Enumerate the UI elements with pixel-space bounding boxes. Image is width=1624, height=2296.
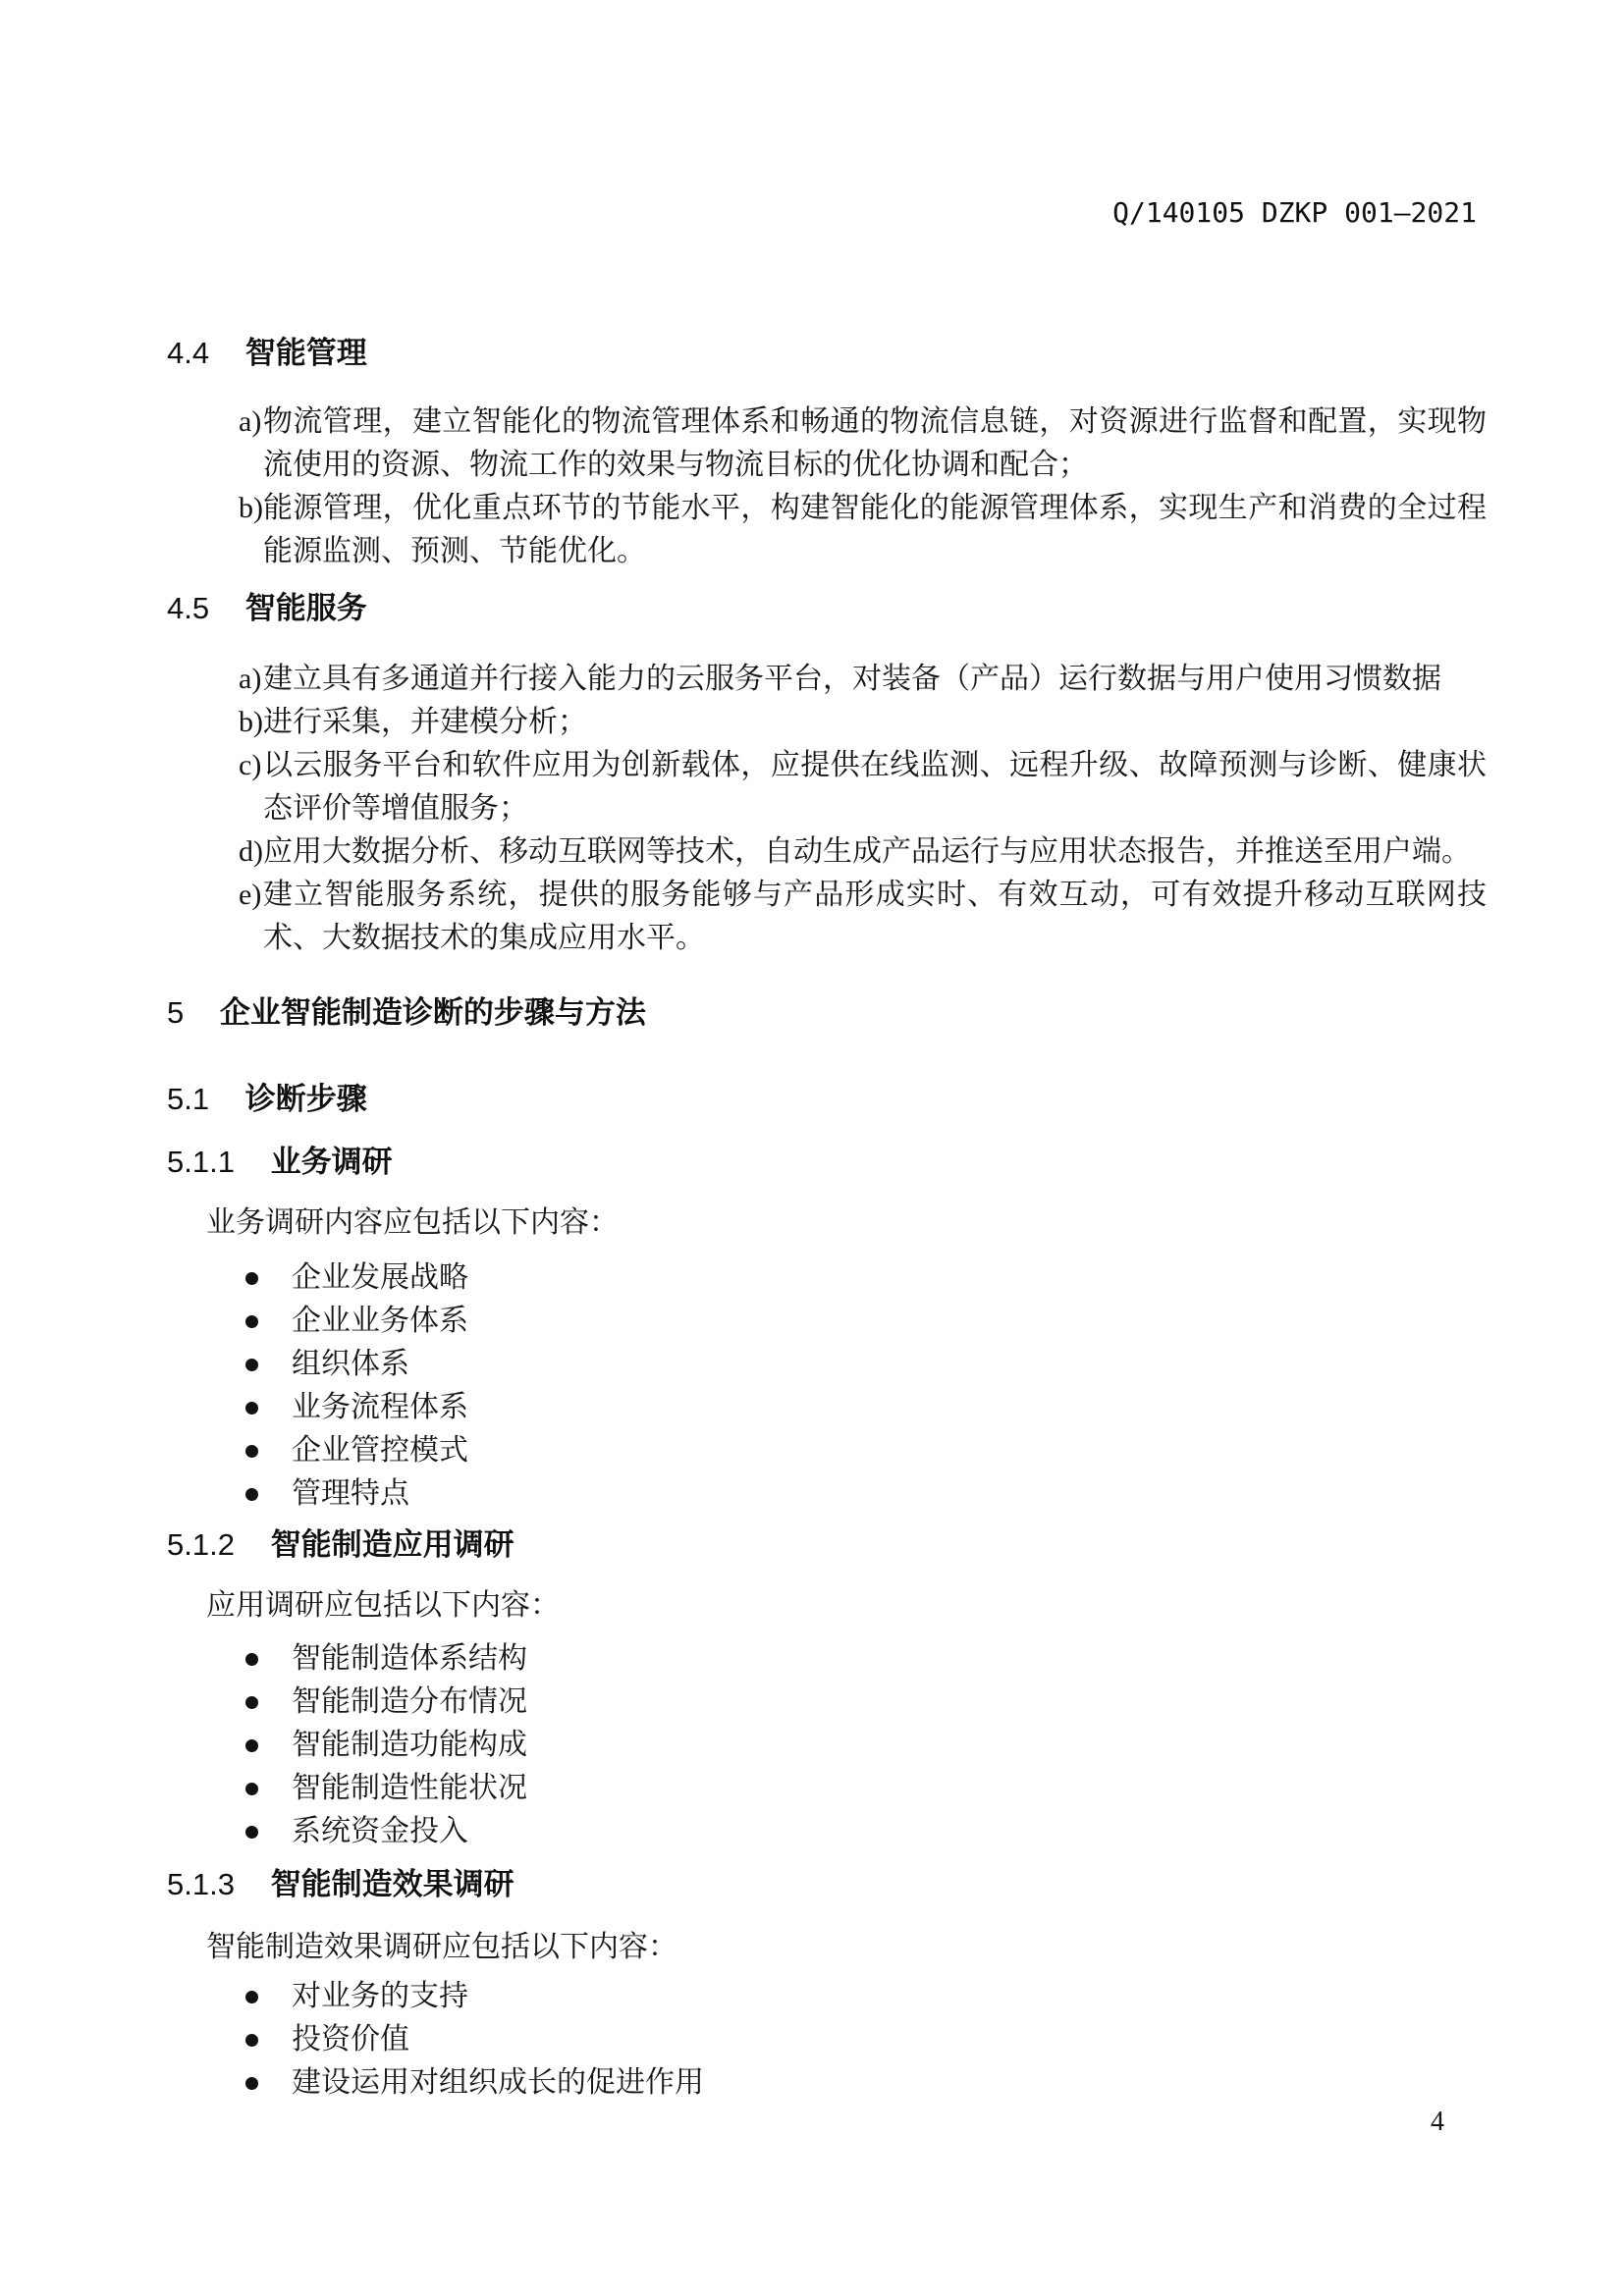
- bullet-text: 管理特点: [292, 1477, 409, 1510]
- intro-paragraph: 智能制造效果调研应包括以下内容：: [167, 1926, 1487, 1969]
- item-text: 建立智能服务系统，提供的服务能够与产品形成实时、有效互动，可有效提升移动互联网技…: [263, 879, 1487, 954]
- bullet-dot-icon: [245, 1359, 258, 1371]
- heading-5: 5 企业智能制造诊断的步骤与方法: [167, 991, 1487, 1035]
- bullet-dot-icon: [245, 1739, 258, 1752]
- item-marker: b): [239, 701, 263, 744]
- item-text: 能源管理，优化重点环节的节能水平，构建智能化的能源管理体系，实现生产和消费的全过…: [263, 492, 1487, 567]
- clause-number: 5.1.1: [167, 1145, 235, 1179]
- bullet-item: 建设运用对组织成长的促进作用: [167, 2061, 1487, 2105]
- bullet-dot-icon: [245, 1272, 258, 1285]
- intro-paragraph: 应用调研应包括以下内容：: [167, 1584, 1487, 1628]
- bullet-dot-icon: [245, 1445, 258, 1458]
- bullet-dot-icon: [245, 1826, 258, 1839]
- bullet-item: 智能制造体系结构: [167, 1637, 1487, 1681]
- bullet-item: 智能制造分布情况: [167, 1681, 1487, 1724]
- list-item: b) 进行采集，并建模分析；: [167, 701, 1487, 744]
- clause-title: 业务调研: [271, 1145, 393, 1179]
- item-text: 以云服务平台和软件应用为创新载体，应提供在线监测、远程升级、故障预测与诊断、健康…: [263, 749, 1487, 825]
- bullet-item: 系统资金投入: [167, 1810, 1487, 1853]
- list-item: d) 应用大数据分析、移动互联网等技术，自动生成产品运行与应用状态报告，并推送至…: [167, 830, 1487, 874]
- bullet-item: 企业管控模式: [167, 1429, 1487, 1472]
- heading-5-1-1: 5.1.1 业务调研: [167, 1141, 1487, 1184]
- clause-number: 5: [167, 995, 184, 1030]
- intro-paragraph: 业务调研内容应包括以下内容：: [167, 1201, 1487, 1245]
- item-text: 应用大数据分析、移动互联网等技术，自动生成产品运行与应用状态报告，并推送至用户端…: [263, 835, 1471, 868]
- bullet-text: 建设运用对组织成长的促进作用: [292, 2066, 704, 2099]
- bullet-text: 组织体系: [292, 1348, 409, 1380]
- bullet-dot-icon: [245, 1402, 258, 1415]
- document-page: Q/140105 DZKP 001—2021 4.4 智能管理 a) 物流管理，…: [0, 0, 1624, 2296]
- item-marker: c): [239, 744, 261, 787]
- bullet-list-5-1-2: 智能制造体系结构 智能制造分布情况 智能制造功能构成 智能制造性能状况 系统资金…: [167, 1637, 1487, 1853]
- bullet-text: 业务流程体系: [292, 1391, 468, 1423]
- bullet-item: 组织体系: [167, 1343, 1487, 1386]
- clause-title: 智能管理: [245, 336, 367, 370]
- clause-title: 企业智能制造诊断的步骤与方法: [220, 995, 646, 1030]
- bullet-text: 智能制造体系结构: [292, 1642, 527, 1675]
- list-item: e) 建立智能服务系统，提供的服务能够与产品形成实时、有效互动，可有效提升移动互…: [167, 874, 1487, 960]
- clause-title: 智能制造效果调研: [271, 1867, 514, 1901]
- item-marker: a): [239, 658, 261, 701]
- bullet-text: 对业务的支持: [292, 1980, 468, 2012]
- bullet-text: 系统资金投入: [292, 1815, 468, 1847]
- bullet-list-5-1-1: 企业发展战略 企业业务体系 组织体系 业务流程体系 企业管控模式 管理特点: [167, 1256, 1487, 1516]
- bullet-dot-icon: [245, 1315, 258, 1328]
- clause-4-4-list: a) 物流管理，建立智能化的物流管理体系和畅通的物流信息链，对资源进行监督和配置…: [167, 400, 1487, 573]
- bullet-dot-icon: [245, 1696, 258, 1709]
- heading-4-4: 4.4 智能管理: [167, 332, 1487, 375]
- bullet-item: 智能制造性能状况: [167, 1767, 1487, 1810]
- page-number: 4: [1431, 2107, 1444, 2138]
- bullet-dot-icon: [245, 2077, 258, 2090]
- clause-number: 5.1.2: [167, 1527, 235, 1562]
- clause-title: 智能制造应用调研: [271, 1527, 514, 1562]
- bullet-item: 管理特点: [167, 1472, 1487, 1516]
- bullet-item: 企业发展战略: [167, 1256, 1487, 1300]
- bullet-text: 企业业务体系: [292, 1305, 468, 1337]
- bullet-dot-icon: [245, 1991, 258, 2003]
- bullet-text: 智能制造功能构成: [292, 1729, 527, 1761]
- item-text: 建立具有多通道并行接入能力的云服务平台，对装备（产品）运行数据与用户使用习惯数据: [263, 663, 1441, 695]
- bullet-item: 企业业务体系: [167, 1300, 1487, 1343]
- bullet-text: 企业管控模式: [292, 1434, 468, 1467]
- bullet-item: 智能制造功能构成: [167, 1724, 1487, 1767]
- heading-4-5: 4.5 智能服务: [167, 587, 1487, 630]
- bullet-dot-icon: [245, 1783, 258, 1795]
- item-marker: d): [239, 830, 263, 874]
- heading-5-1: 5.1 诊断步骤: [167, 1078, 1487, 1121]
- bullet-text: 智能制造性能状况: [292, 1772, 527, 1804]
- bullet-item: 投资价值: [167, 2018, 1487, 2061]
- clause-title: 诊断步骤: [245, 1082, 367, 1116]
- clause-number: 5.1.3: [167, 1867, 235, 1901]
- bullet-text: 企业发展战略: [292, 1261, 468, 1294]
- list-item: c) 以云服务平台和软件应用为创新载体，应提供在线监测、远程升级、故障预测与诊断…: [167, 744, 1487, 830]
- clause-number: 4.4: [167, 336, 209, 370]
- heading-5-1-3: 5.1.3 智能制造效果调研: [167, 1863, 1487, 1906]
- item-marker: a): [239, 400, 261, 444]
- bullet-text: 智能制造分布情况: [292, 1685, 527, 1718]
- item-marker: b): [239, 487, 263, 530]
- bullet-item: 业务流程体系: [167, 1386, 1487, 1429]
- list-item: b) 能源管理，优化重点环节的节能水平，构建智能化的能源管理体系，实现生产和消费…: [167, 487, 1487, 573]
- bullet-list-5-1-3: 对业务的支持 投资价值 建设运用对组织成长的促进作用: [167, 1975, 1487, 2105]
- item-marker: e): [239, 874, 261, 917]
- bullet-item: 对业务的支持: [167, 1975, 1487, 2018]
- bullet-text: 投资价值: [292, 2023, 409, 2056]
- item-text: 进行采集，并建模分析；: [263, 706, 587, 738]
- item-text: 物流管理，建立智能化的物流管理体系和畅通的物流信息链，对资源进行监督和配置，实现…: [263, 405, 1487, 481]
- clause-number: 5.1: [167, 1082, 209, 1116]
- bullet-dot-icon: [245, 2034, 258, 2047]
- bullet-dot-icon: [245, 1653, 258, 1666]
- clause-title: 智能服务: [245, 591, 367, 625]
- clause-number: 4.5: [167, 591, 209, 625]
- heading-5-1-2: 5.1.2 智能制造应用调研: [167, 1523, 1487, 1567]
- document-body: 4.4 智能管理 a) 物流管理，建立智能化的物流管理体系和畅通的物流信息链，对…: [167, 0, 1487, 2105]
- bullet-dot-icon: [245, 1488, 258, 1501]
- list-item: a) 物流管理，建立智能化的物流管理体系和畅通的物流信息链，对资源进行监督和配置…: [167, 400, 1487, 487]
- clause-4-5-list: a) 建立具有多通道并行接入能力的云服务平台，对装备（产品）运行数据与用户使用习…: [167, 658, 1487, 960]
- list-item: a) 建立具有多通道并行接入能力的云服务平台，对装备（产品）运行数据与用户使用习…: [167, 658, 1487, 701]
